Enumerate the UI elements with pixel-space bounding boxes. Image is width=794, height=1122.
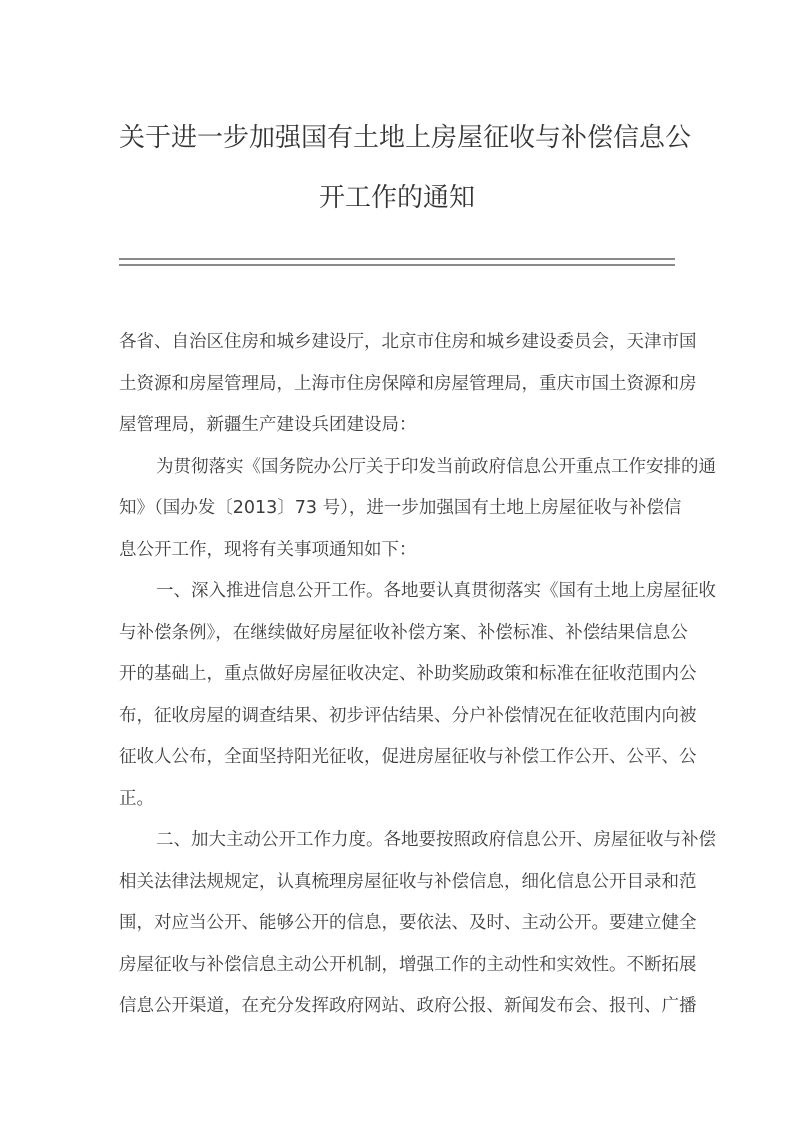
- title-double-rule: [119, 258, 675, 266]
- section-1-line: 正。: [119, 779, 675, 821]
- addressee-paragraph: 各省、自治区住房和城乡建设厅，北京市住房和城乡建设委员会，天津市国 土资源和房屋…: [119, 322, 675, 447]
- section-1-line: 征收人公布，全面坚持阳光征收，促进房屋征收与补偿工作公开、公平、公: [119, 737, 675, 779]
- rule-line-top: [119, 258, 675, 260]
- rule-line-bottom: [119, 264, 675, 266]
- title-line-1: 关于进一步加强国有土地上房屋征收与补偿信息公: [119, 108, 675, 168]
- section-2-line: 相关法律法规规定，认真梳理房屋征收与补偿信息，细化信息公开目录和范: [119, 862, 675, 904]
- section-1-line: 布，征收房屋的调查结果、初步评估结果、分户补偿情况在征收范围内向被: [119, 696, 675, 738]
- intro-line: 为贯彻落实《国务院办公厅关于印发当前政府信息公开重点工作安排的通: [119, 447, 675, 489]
- section-1-line: 开的基础上，重点做好房屋征收决定、补助奖励政策和标准在征收范围内公: [119, 654, 675, 696]
- intro-line: 息公开工作，现将有关事项通知如下：: [119, 530, 675, 572]
- title-line-2: 开工作的通知: [119, 168, 675, 228]
- intro-paragraph: 为贯彻落实《国务院办公厅关于印发当前政府信息公开重点工作安排的通 知》（国办发〔…: [119, 447, 675, 572]
- section-1-line: 一、深入推进信息公开工作。各地要认真贯彻落实《国有土地上房屋征收: [119, 571, 675, 613]
- addressee-line: 屋管理局，新疆生产建设兵团建设局：: [119, 405, 675, 447]
- intro-line: 知》（国办发〔2013〕73 号），进一步加强国有土地上房屋征收与补偿信: [119, 488, 675, 530]
- section-2-line: 二、加大主动公开工作力度。各地要按照政府信息公开、房屋征收与补偿: [119, 820, 675, 862]
- addressee-line: 各省、自治区住房和城乡建设厅，北京市住房和城乡建设委员会，天津市国: [119, 322, 675, 364]
- document-title: 关于进一步加强国有土地上房屋征收与补偿信息公 开工作的通知: [119, 108, 675, 228]
- section-1-paragraph: 一、深入推进信息公开工作。各地要认真贯彻落实《国有土地上房屋征收 与补偿条例》，…: [119, 571, 675, 820]
- addressee-line: 土资源和房屋管理局，上海市住房保障和房屋管理局，重庆市国土资源和房: [119, 364, 675, 406]
- section-2-line: 房屋征收与补偿信息主动公开机制，增强工作的主动性和实效性。不断拓展: [119, 945, 675, 987]
- section-2-line: 信息公开渠道，在充分发挥政府网站、政府公报、新闻发布会、报刊、广播: [119, 986, 675, 1028]
- section-1-line: 与补偿条例》，在继续做好房屋征收补偿方案、补偿标准、补偿结果信息公: [119, 613, 675, 655]
- section-2-paragraph: 二、加大主动公开工作力度。各地要按照政府信息公开、房屋征收与补偿 相关法律法规规…: [119, 820, 675, 1028]
- document-body: 各省、自治区住房和城乡建设厅，北京市住房和城乡建设委员会，天津市国 土资源和房屋…: [119, 322, 675, 1028]
- section-2-line: 围，对应当公开、能够公开的信息，要依法、及时、主动公开。要建立健全: [119, 903, 675, 945]
